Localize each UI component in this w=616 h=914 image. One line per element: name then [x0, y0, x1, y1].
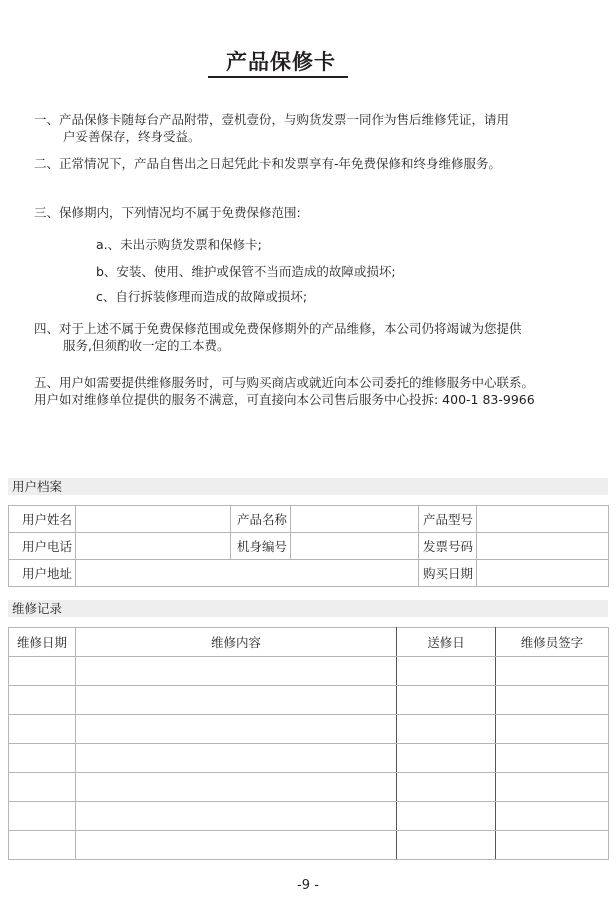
table-row: 用户姓名 产品名称 产品型号	[9, 506, 609, 533]
title-underline	[208, 76, 348, 78]
repair-content-cell[interactable]	[76, 657, 397, 686]
repair-date-cell[interactable]	[9, 773, 76, 802]
table-row	[9, 744, 609, 773]
submit-date-cell[interactable]	[397, 831, 496, 860]
user-name-label: 用户姓名	[9, 506, 76, 533]
purchase-date-field[interactable]	[477, 560, 609, 587]
column-header-repair-date: 维修日期	[9, 628, 76, 657]
column-header-repair-content: 维修内容	[76, 628, 397, 657]
submit-date-cell[interactable]	[397, 744, 496, 773]
user-address-label: 用户地址	[9, 560, 76, 587]
serial-number-field[interactable]	[291, 533, 419, 560]
table-row	[9, 686, 609, 715]
user-phone-label: 用户电话	[9, 533, 76, 560]
clause-1-line-2: 户妥善保存，终身受益。	[63, 128, 201, 145]
table-row	[9, 802, 609, 831]
column-header-technician-signature: 维修员签字	[496, 628, 609, 657]
table-row	[9, 831, 609, 860]
submit-date-cell[interactable]	[397, 773, 496, 802]
table-row	[9, 715, 609, 744]
user-name-field[interactable]	[76, 506, 231, 533]
submit-date-cell[interactable]	[397, 686, 496, 715]
product-name-label: 产品名称	[231, 506, 291, 533]
user-phone-field[interactable]	[76, 533, 231, 560]
technician-signature-cell[interactable]	[496, 744, 609, 773]
clause-3-item-c: c、自行拆装修理而造成的故障或损坏;	[96, 288, 307, 305]
repair-records-header: 维修记录	[8, 600, 608, 617]
table-row	[9, 657, 609, 686]
serial-number-label: 机身编号	[231, 533, 291, 560]
user-profile-table: 用户姓名 产品名称 产品型号 用户电话 机身编号 发票号码 用户地址 购买日期	[8, 505, 609, 587]
column-header-submit-date: 送修日	[397, 628, 496, 657]
user-profile-header: 用户档案	[8, 478, 608, 495]
repair-date-cell[interactable]	[9, 744, 76, 773]
table-row: 用户地址 购买日期	[9, 560, 609, 587]
clause-2: 二、正常情况下，产品自售出之日起凭此卡和发票享有-年免费保修和终身维修服务。	[34, 155, 501, 172]
product-name-field[interactable]	[291, 506, 419, 533]
submit-date-cell[interactable]	[397, 715, 496, 744]
technician-signature-cell[interactable]	[496, 802, 609, 831]
clause-4-line-2: 服务,但须酌收一定的工本费。	[63, 337, 229, 354]
invoice-number-label: 发票号码	[419, 533, 477, 560]
repair-date-cell[interactable]	[9, 686, 76, 715]
page-title: 产品保修卡	[208, 48, 354, 76]
purchase-date-label: 购买日期	[419, 560, 477, 587]
clause-3-item-a: a.、未出示购货发票和保修卡;	[96, 236, 262, 253]
clause-5-line-1: 五、用户如需要提供维修服务时，可与购买商店或就近向本公司委托的维修服务中心联系。	[34, 374, 534, 391]
repair-content-cell[interactable]	[76, 715, 397, 744]
repair-records-table: 维修日期 维修内容 送修日 维修员签字	[8, 627, 609, 860]
repair-date-cell[interactable]	[9, 657, 76, 686]
invoice-number-field[interactable]	[477, 533, 609, 560]
user-address-field[interactable]	[76, 560, 419, 587]
clause-1-line-1: 一、产品保修卡随每台产品附带，壹机壹份，与购货发票一同作为售后维修凭证，请用	[34, 111, 509, 128]
repair-content-cell[interactable]	[76, 744, 397, 773]
submit-date-cell[interactable]	[397, 657, 496, 686]
clause-4-line-1: 四、对于上述不属于免费保修范围或免费保修期外的产品维修，本公司仍将竭诚为您提供	[34, 320, 522, 337]
repair-date-cell[interactable]	[9, 831, 76, 860]
repair-content-cell[interactable]	[76, 686, 397, 715]
technician-signature-cell[interactable]	[496, 715, 609, 744]
product-model-field[interactable]	[477, 506, 609, 533]
repair-content-cell[interactable]	[76, 802, 397, 831]
clause-3: 三、保修期内，下列情况均不属于免费保修范围:	[34, 204, 301, 221]
table-header-row: 维修日期 维修内容 送修日 维修员签字	[9, 628, 609, 657]
page-number: -9 -	[0, 878, 616, 894]
clause-5-line-2: 用户如对维修单位提供的服务不满意，可直接向本公司售后服务中心投拆: 400-1 …	[34, 391, 535, 408]
repair-date-cell[interactable]	[9, 715, 76, 744]
technician-signature-cell[interactable]	[496, 773, 609, 802]
clause-3-item-b: b、安装、使用、维护或保管不当而造成的故障或损坏;	[96, 263, 396, 280]
table-row	[9, 773, 609, 802]
technician-signature-cell[interactable]	[496, 831, 609, 860]
technician-signature-cell[interactable]	[496, 657, 609, 686]
submit-date-cell[interactable]	[397, 802, 496, 831]
repair-date-cell[interactable]	[9, 802, 76, 831]
technician-signature-cell[interactable]	[496, 686, 609, 715]
repair-content-cell[interactable]	[76, 831, 397, 860]
repair-content-cell[interactable]	[76, 773, 397, 802]
product-model-label: 产品型号	[419, 506, 477, 533]
table-row: 用户电话 机身编号 发票号码	[9, 533, 609, 560]
